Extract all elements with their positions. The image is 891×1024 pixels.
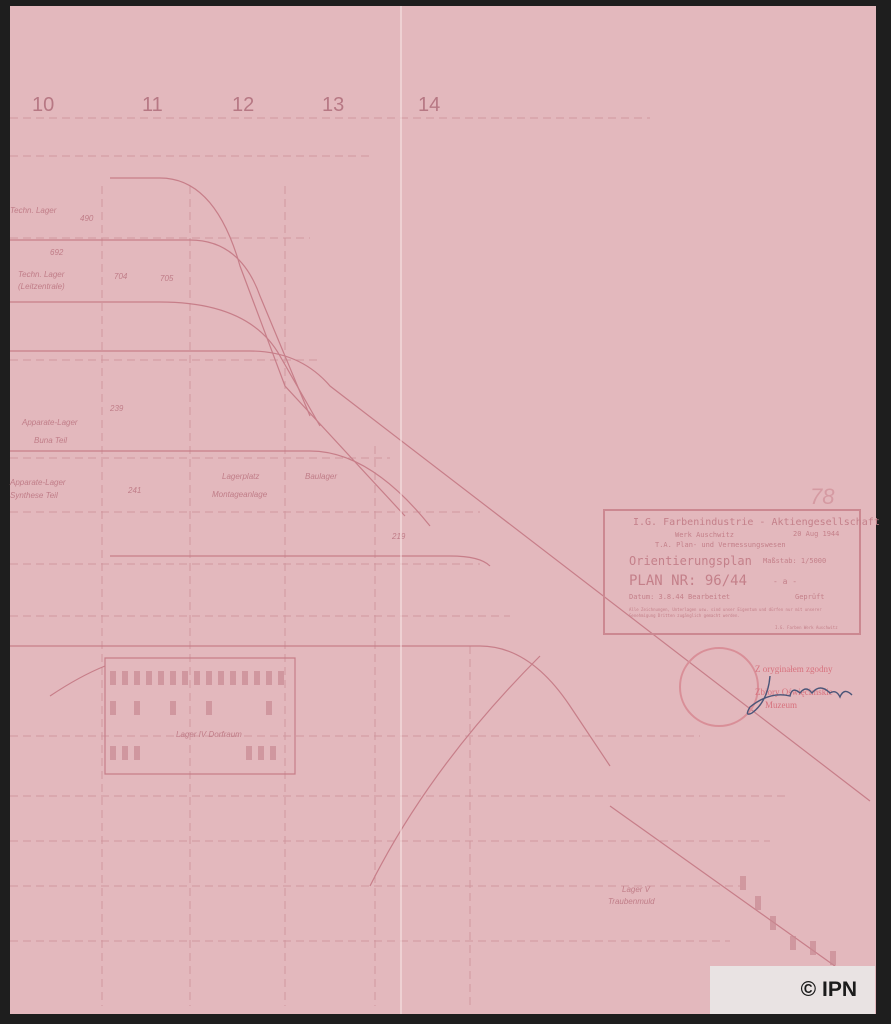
grid-column-label: 14	[418, 94, 440, 117]
building-number: 219	[392, 532, 405, 541]
sheet-number: 78	[810, 484, 834, 510]
company-name: I.G. Farbenindustrie - Aktiengesellschaf…	[633, 517, 880, 528]
area-label: Lagerplatz	[222, 472, 259, 481]
grid-column-label: 10	[32, 94, 54, 117]
area-label: Lager V	[622, 885, 650, 894]
area-label: (Leitzentrale)	[18, 282, 65, 291]
building-number: 239	[110, 404, 123, 413]
map-sheet: 10 11 12 13 14 Techn. Lager Techn. Lager…	[10, 6, 876, 1014]
plan-footer: I.G. Farben Werk Auschwitz	[775, 625, 838, 630]
copyright-watermark: © IPN	[710, 966, 875, 1014]
title-block: I.G. Farbenindustrie - Aktiengesellschaf…	[603, 509, 861, 635]
area-label: Buna Teil	[34, 436, 67, 445]
area-label: Apparate-Lager	[10, 478, 66, 487]
building-number: 692	[50, 248, 63, 257]
area-label: Baulager	[305, 472, 337, 481]
area-label: Montageanlage	[212, 490, 267, 499]
plan-dated: Datum: 3.8.44 Bearbeitet	[629, 593, 730, 601]
area-label: Synthese Teil	[10, 491, 58, 500]
plan-scale: Maßstab: 1/5000	[763, 557, 826, 565]
plant-name: Werk Auschwitz	[675, 531, 734, 539]
building-number: 490	[80, 214, 93, 223]
building-number: 241	[128, 486, 141, 495]
building-number: 705	[160, 274, 173, 283]
plan-checked: Geprüft	[795, 593, 825, 601]
date-stamp: 20 Aug 1944	[793, 530, 839, 538]
area-label: Traubenmuld	[608, 897, 655, 906]
grid-column-label: 13	[322, 94, 344, 117]
department: T.A. Plan- und Vermessungswesen	[655, 541, 786, 549]
building-number: 704	[114, 272, 127, 281]
grid-column-label: 11	[142, 94, 163, 117]
plan-suffix: - a -	[773, 577, 797, 586]
plan-note: Alle Zeichnungen, Unterlagen usw. sind u…	[629, 607, 839, 619]
area-label: Apparate-Lager	[22, 418, 78, 427]
signature	[740, 671, 860, 721]
plan-number: PLAN NR: 96/44	[629, 573, 747, 589]
area-label: Techn. Lager	[10, 206, 56, 215]
grid-column-label: 12	[232, 94, 254, 117]
area-label: Techn. Lager	[18, 270, 64, 279]
area-label: Lager IV Dorfraum	[176, 730, 242, 739]
plan-title: Orientierungsplan	[629, 554, 752, 568]
